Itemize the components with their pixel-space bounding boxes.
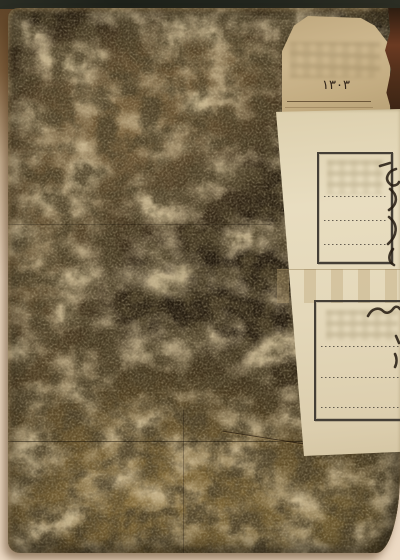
- handwritten-marks: [352, 148, 400, 380]
- date-underline: [287, 101, 371, 102]
- date-label: ١٣٠٣: [282, 16, 390, 114]
- date-underline-faint: [285, 107, 373, 108]
- faded-ink-offset: [290, 42, 380, 78]
- date-inscription: ١٣٠٣: [316, 78, 356, 93]
- book-cover-photo: ١٣٠٣: [0, 0, 400, 560]
- dotted-line: [321, 407, 399, 409]
